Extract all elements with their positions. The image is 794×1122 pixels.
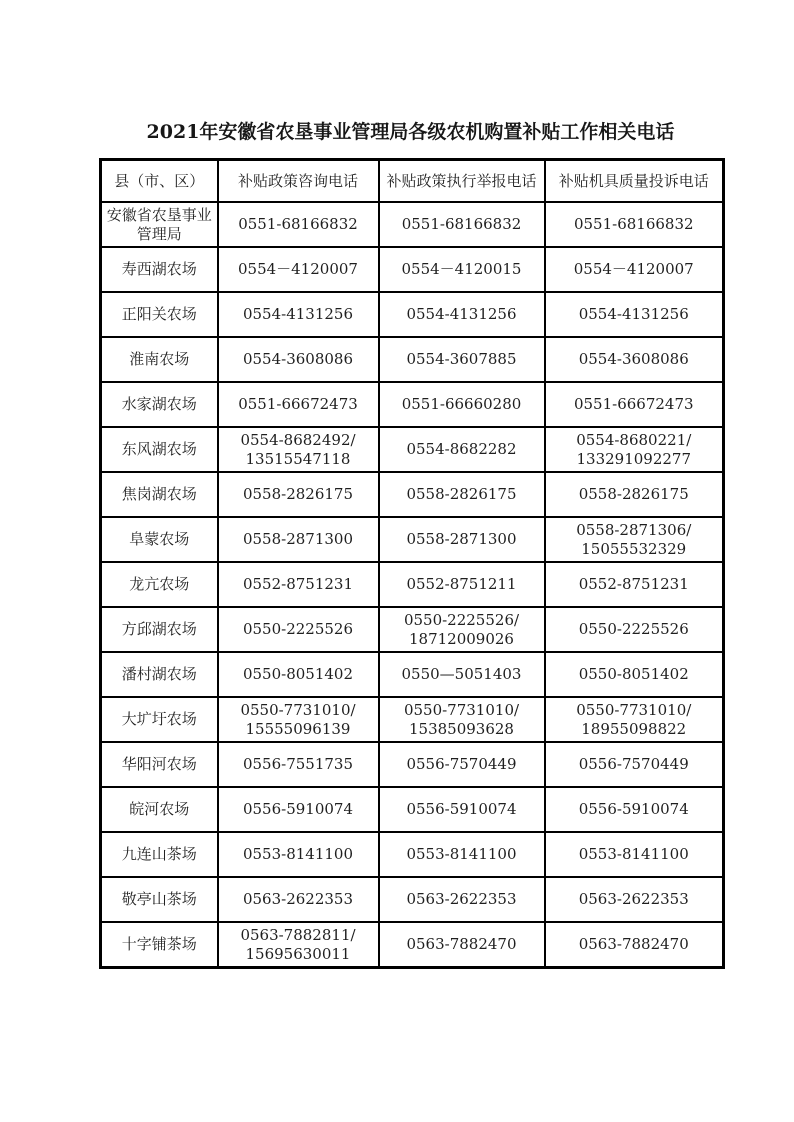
- column-header-consult-phone: 补贴政策咨询电话: [218, 160, 379, 203]
- table-row: 焦岗湖农场0558-28261750558-28261750558-282617…: [101, 472, 724, 517]
- consult-phone-cell: 0558-2871300: [218, 517, 379, 562]
- consult-phone-cell: 0554-4131256: [218, 292, 379, 337]
- report-phone-cell: 0550-2225526/ 18712009026: [379, 607, 545, 652]
- quality-phone-cell: 0554-8680221/ 133291092277: [545, 427, 724, 472]
- consult-phone-cell: 0556-5910074: [218, 787, 379, 832]
- quality-phone-cell: 0552-8751231: [545, 562, 724, 607]
- quality-phone-cell: 0554－4120007: [545, 247, 724, 292]
- report-phone-cell: 0554－4120015: [379, 247, 545, 292]
- consult-phone-cell: 0554-8682492/ 13515547118: [218, 427, 379, 472]
- row-name-cell: 焦岗湖农场: [101, 472, 218, 517]
- row-name-cell: 九连山茶场: [101, 832, 218, 877]
- report-phone-cell: 0556-5910074: [379, 787, 545, 832]
- consult-phone-cell: 0556-7551735: [218, 742, 379, 787]
- table-row: 方邱湖农场0550-22255260550-2225526/ 187120090…: [101, 607, 724, 652]
- phone-directory-table: 县（市、区） 补贴政策咨询电话 补贴政策执行举报电话 补贴机具质量投诉电话 安徽…: [99, 158, 725, 969]
- table-row: 寿西湖农场0554－41200070554－41200150554－412000…: [101, 247, 724, 292]
- report-phone-cell: 0558-2871300: [379, 517, 545, 562]
- quality-phone-cell: 0556-5910074: [545, 787, 724, 832]
- row-name-cell: 东风湖农场: [101, 427, 218, 472]
- column-header-report-phone: 补贴政策执行举报电话: [379, 160, 545, 203]
- report-phone-cell: 0552-8751211: [379, 562, 545, 607]
- report-phone-cell: 0554-8682282: [379, 427, 545, 472]
- table-header-row: 县（市、区） 补贴政策咨询电话 补贴政策执行举报电话 补贴机具质量投诉电话: [101, 160, 724, 203]
- row-name-cell: 华阳河农场: [101, 742, 218, 787]
- table-row: 大圹圩农场0550-7731010/ 155550961390550-77310…: [101, 697, 724, 742]
- page-title: 2021年安徽省农垦事业管理局各级农机购置补贴工作相关电话: [99, 119, 722, 145]
- report-phone-cell: 0554-3607885: [379, 337, 545, 382]
- quality-phone-cell: 0558-2826175: [545, 472, 724, 517]
- consult-phone-cell: 0551-66672473: [218, 382, 379, 427]
- table-row: 十字铺茶场0563-7882811/ 156956300110563-78824…: [101, 922, 724, 968]
- consult-phone-cell: 0554-3608086: [218, 337, 379, 382]
- row-name-cell: 大圹圩农场: [101, 697, 218, 742]
- report-phone-cell: 0551-66660280: [379, 382, 545, 427]
- consult-phone-cell: 0558-2826175: [218, 472, 379, 517]
- table-row: 华阳河农场0556-75517350556-75704490556-757044…: [101, 742, 724, 787]
- quality-phone-cell: 0556-7570449: [545, 742, 724, 787]
- report-phone-cell: 0556-7570449: [379, 742, 545, 787]
- report-phone-cell: 0554-4131256: [379, 292, 545, 337]
- quality-phone-cell: 0550-8051402: [545, 652, 724, 697]
- quality-phone-cell: 0550-2225526: [545, 607, 724, 652]
- consult-phone-cell: 0552-8751231: [218, 562, 379, 607]
- consult-phone-cell: 0553-8141100: [218, 832, 379, 877]
- row-name-cell: 阜蒙农场: [101, 517, 218, 562]
- consult-phone-cell: 0550-7731010/ 15555096139: [218, 697, 379, 742]
- quality-phone-cell: 0563-7882470: [545, 922, 724, 968]
- quality-phone-cell: 0551-68166832: [545, 202, 724, 247]
- table-row: 敬亭山茶场0563-26223530563-26223530563-262235…: [101, 877, 724, 922]
- consult-phone-cell: 0551-68166832: [218, 202, 379, 247]
- consult-phone-cell: 0563-7882811/ 15695630011: [218, 922, 379, 968]
- row-name-cell: 水家湖农场: [101, 382, 218, 427]
- table-row: 皖河农场0556-59100740556-59100740556-5910074: [101, 787, 724, 832]
- quality-phone-cell: 0554-4131256: [545, 292, 724, 337]
- table-row: 安徽省农垦事业 管理局0551-681668320551-68166832055…: [101, 202, 724, 247]
- row-name-cell: 方邱湖农场: [101, 607, 218, 652]
- row-name-cell: 寿西湖农场: [101, 247, 218, 292]
- quality-phone-cell: 0553-8141100: [545, 832, 724, 877]
- table-body: 安徽省农垦事业 管理局0551-681668320551-68166832055…: [101, 202, 724, 968]
- row-name-cell: 安徽省农垦事业 管理局: [101, 202, 218, 247]
- report-phone-cell: 0551-68166832: [379, 202, 545, 247]
- quality-phone-cell: 0563-2622353: [545, 877, 724, 922]
- document-page: 2021年安徽省农垦事业管理局各级农机购置补贴工作相关电话 县（市、区） 补贴政…: [0, 0, 794, 1122]
- consult-phone-cell: 0550-8051402: [218, 652, 379, 697]
- table-row: 九连山茶场0553-81411000553-81411000553-814110…: [101, 832, 724, 877]
- report-phone-cell: 0550—5051403: [379, 652, 545, 697]
- table-row: 淮南农场0554-36080860554-36078850554-3608086: [101, 337, 724, 382]
- table-row: 阜蒙农场0558-28713000558-28713000558-2871306…: [101, 517, 724, 562]
- row-name-cell: 淮南农场: [101, 337, 218, 382]
- consult-phone-cell: 0550-2225526: [218, 607, 379, 652]
- quality-phone-cell: 0558-2871306/ 15055532329: [545, 517, 724, 562]
- report-phone-cell: 0558-2826175: [379, 472, 545, 517]
- column-header-quality-phone: 补贴机具质量投诉电话: [545, 160, 724, 203]
- column-header-county: 县（市、区）: [101, 160, 218, 203]
- report-phone-cell: 0563-2622353: [379, 877, 545, 922]
- table-row: 东风湖农场0554-8682492/ 135155471180554-86822…: [101, 427, 724, 472]
- consult-phone-cell: 0563-2622353: [218, 877, 379, 922]
- table-row: 水家湖农场0551-666724730551-666602800551-6667…: [101, 382, 724, 427]
- row-name-cell: 敬亭山茶场: [101, 877, 218, 922]
- report-phone-cell: 0563-7882470: [379, 922, 545, 968]
- row-name-cell: 龙亢农场: [101, 562, 218, 607]
- quality-phone-cell: 0554-3608086: [545, 337, 724, 382]
- quality-phone-cell: 0550-7731010/ 18955098822: [545, 697, 724, 742]
- table-row: 龙亢农场0552-87512310552-87512110552-8751231: [101, 562, 724, 607]
- quality-phone-cell: 0551-66672473: [545, 382, 724, 427]
- row-name-cell: 十字铺茶场: [101, 922, 218, 968]
- row-name-cell: 正阳关农场: [101, 292, 218, 337]
- report-phone-cell: 0550-7731010/ 15385093628: [379, 697, 545, 742]
- row-name-cell: 皖河农场: [101, 787, 218, 832]
- table-row: 潘村湖农场0550-80514020550—50514030550-805140…: [101, 652, 724, 697]
- consult-phone-cell: 0554－4120007: [218, 247, 379, 292]
- row-name-cell: 潘村湖农场: [101, 652, 218, 697]
- report-phone-cell: 0553-8141100: [379, 832, 545, 877]
- table-row: 正阳关农场0554-41312560554-41312560554-413125…: [101, 292, 724, 337]
